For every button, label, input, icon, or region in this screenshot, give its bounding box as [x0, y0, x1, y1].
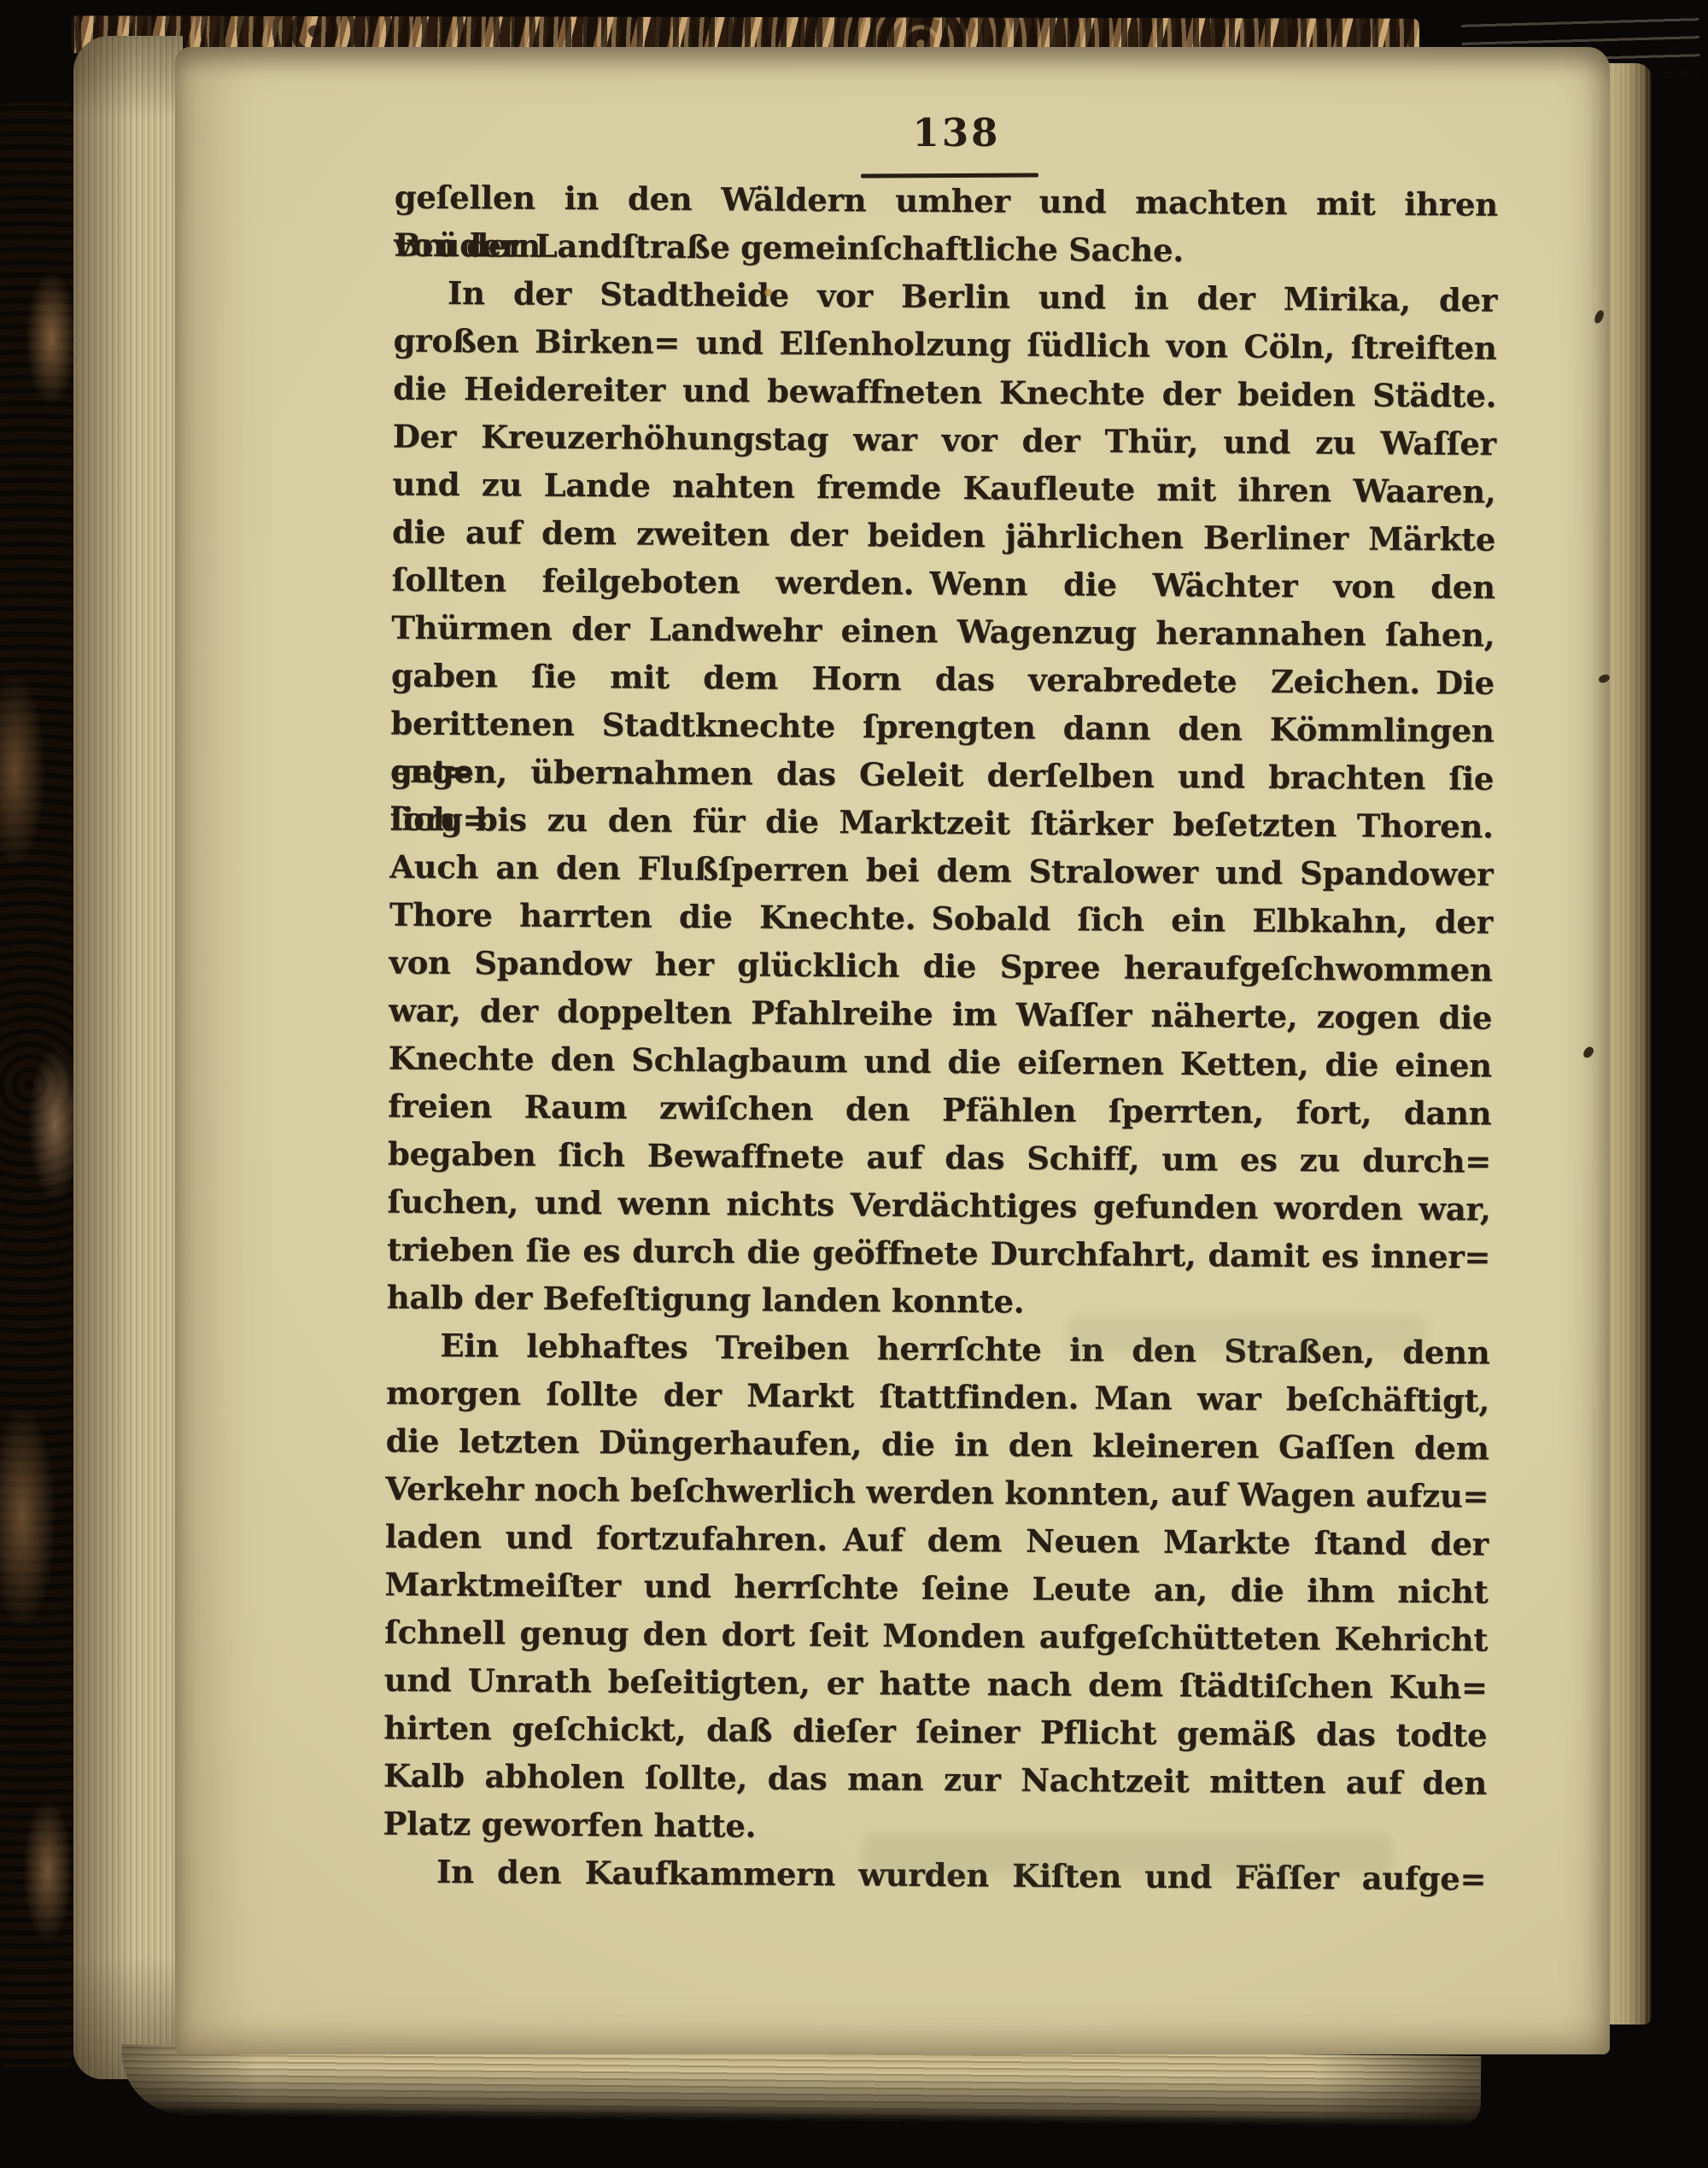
text-line: freien Raum zwiſchen den Pfählen ſperrte…	[388, 1081, 1491, 1137]
ink-speck	[1582, 1045, 1595, 1059]
text-line: und zu Lande nahten fremde Kaufleute mit…	[392, 460, 1495, 515]
text-line: Auch an den Flußſperren bei dem Stralowe…	[389, 842, 1493, 898]
page-stack-bottom-edge	[121, 2044, 1482, 2126]
text-line: Kalb abholen ſollte, das man zur Nachtze…	[383, 1751, 1487, 1807]
text-line: hirten geſchickt, daß dieſer ſeiner Pfli…	[383, 1703, 1487, 1759]
book-page: 138 geſellen in den Wäldern umher und ma…	[175, 47, 1610, 2054]
text-line: gaben ſie mit dem Horn das verabredete Z…	[391, 651, 1494, 706]
text-line: Verkehr noch beſchwerlich werden konnten…	[385, 1464, 1489, 1520]
text-line: von Spandow her glücklich die Spree hera…	[389, 938, 1492, 993]
book-cover-left-marbling	[0, 103, 73, 2067]
text-line: morgen ſollte der Markt ſtattfinden. Man…	[386, 1368, 1489, 1424]
book-photo-scene: 138 geſellen in den Wäldern umher und ma…	[0, 0, 1708, 2168]
text-line: Thore harrten die Knechte. Sobald ſich e…	[389, 890, 1493, 946]
text-line: laden und fortzufahren. Auf dem Neuen Ma…	[385, 1512, 1489, 1567]
text-line: trieben ſie es durch die geöffnete Durch…	[387, 1225, 1490, 1280]
page-stack-fore-edge	[73, 36, 183, 2079]
text-line: Marktmeiſter und herrſchte ſeine Leute a…	[384, 1560, 1488, 1615]
text-line: lich bis zu den für die Marktzeit ſtärke…	[390, 794, 1494, 850]
text-line: ſuchen, und wenn nichts Verdächtiges gef…	[387, 1177, 1490, 1233]
show-through-stain	[1067, 1315, 1426, 1353]
page-number: 138	[871, 110, 1042, 155]
text-line: und Unrath beſeitigten, er hatte nach de…	[384, 1655, 1488, 1711]
text-line: geſellen in den Wäldern umher und machte…	[395, 173, 1498, 228]
text-line: war, der doppelten Pfahlreihe im Waſſer …	[389, 986, 1492, 1041]
ink-speck	[1594, 309, 1606, 325]
text-line: ſchnell genug den dort ſeit Monden aufge…	[384, 1608, 1488, 1663]
text-line: großen Birken= und Elſenholzung ſüdlich …	[393, 316, 1496, 372]
text-line: Knechte den Schlagbaum und die eiſernen …	[389, 1034, 1492, 1089]
text-line: ſollten feilgeboten werden. Wenn die Wäc…	[391, 555, 1494, 611]
foxing-dot	[764, 289, 772, 296]
text-line: die auf dem zweiten der beiden jährliche…	[392, 507, 1495, 563]
ink-speck	[1598, 673, 1611, 683]
text-block: geſellen in den Wäldern umher und machte…	[383, 173, 1498, 1902]
text-line: In der Stadtheide vor Berlin und in der …	[394, 268, 1497, 324]
text-line: Der Kreuzerhöhungstag war vor der Thür, …	[393, 412, 1496, 467]
text-line: Thürmen der Landwehr einen Wagenzug hera…	[391, 603, 1494, 659]
text-line: die letzten Düngerhaufen, die in den kle…	[385, 1416, 1489, 1472]
text-line: berittenen Stadtknechte ſprengten dann d…	[390, 699, 1494, 754]
text-line: von der Landſtraße gemeinſchaftliche Sac…	[394, 220, 1497, 276]
page-stack-right-edge	[1607, 63, 1652, 2024]
text-line: begaben ſich Bewaffnete auf das Schiff, …	[388, 1129, 1491, 1185]
text-line: die Heidereiter und bewaffneten Knechte …	[393, 364, 1496, 419]
text-line: gegen, übernahmen das Geleit derſelben u…	[390, 747, 1494, 802]
show-through-stain	[863, 1834, 1392, 1875]
